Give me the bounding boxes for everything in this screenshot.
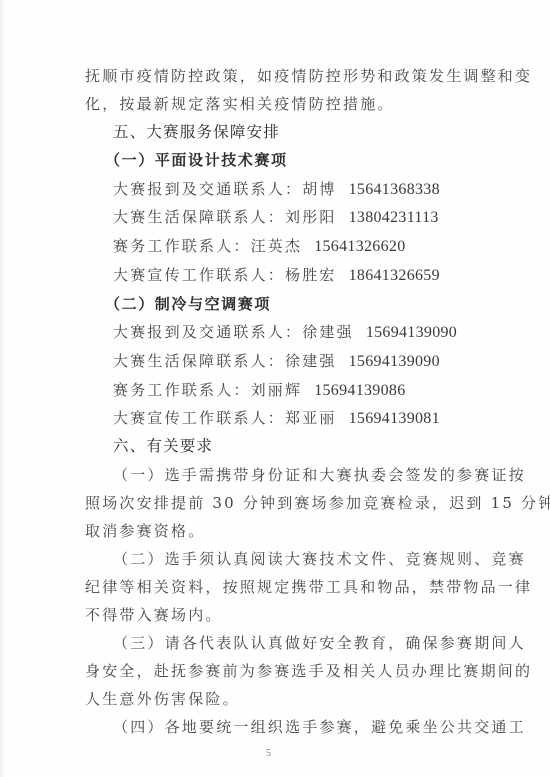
paragraph-line: （三）请各代表队认真做好安全教育，确保参赛期间人	[113, 633, 526, 653]
contact-row: 大赛报到及交通联系人：胡博15641368338	[113, 179, 440, 200]
document-page: 抚顺市疫情防控政策，如疫情防控形势和政策发生调整和变 化，按最新规定落实相关疫情…	[0, 0, 550, 777]
contact-row: 大赛生活保障联系人：刘彤阳13804231113	[113, 207, 439, 228]
contact-role: 大赛报到及交通联系人：徐建强	[113, 323, 354, 341]
paragraph-line: 抚顺市疫情防控政策，如疫情防控形势和政策发生调整和变	[85, 66, 532, 86]
contact-phone: 13804231113	[349, 209, 439, 226]
contact-role: 大赛生活保障联系人：徐建强	[113, 352, 337, 370]
contact-role: 大赛生活保障联系人：刘彤阳	[113, 208, 337, 226]
scan-edge	[0, 0, 3, 777]
contact-role: 大赛报到及交通联系人：胡博	[113, 180, 337, 198]
paragraph-line: 照场次安排提前 30 分钟到赛场参加竞赛检录，迟到 15 分钟	[85, 493, 550, 513]
contact-phone: 15694139090	[349, 353, 440, 370]
page-number: 5	[266, 748, 271, 759]
paragraph-line: （四）各地要统一组织选手参赛，避免乘坐公共交通工	[113, 717, 526, 737]
contact-phone: 15694139086	[314, 382, 405, 399]
contact-row: 赛务工作联系人：汪英杰15641326620	[113, 236, 406, 257]
contact-phone: 15641368338	[349, 181, 440, 198]
subsection-heading-2: （二）制冷与空调赛项	[105, 294, 271, 314]
subsection-heading-1: （一）平面设计技术赛项	[105, 150, 288, 170]
section-heading-5: 五、大赛服务保障安排	[113, 122, 280, 142]
paragraph-line: 取消参赛资格。	[85, 521, 205, 541]
contact-phone: 15694139081	[349, 410, 440, 427]
contact-row: 大赛生活保障联系人：徐建强15694139090	[113, 351, 440, 372]
paragraph-line: 纪律等相关资料，按照规定携带工具和物品，禁带物品一律	[85, 577, 532, 597]
contact-phone: 18641326659	[349, 267, 440, 284]
paragraph-line: （一）选手需携带身份证和大赛执委会签发的参赛证按	[113, 465, 526, 485]
contact-phone: 15694139090	[366, 324, 457, 341]
contact-row: 赛务工作联系人：刘丽辉15694139086	[113, 380, 406, 401]
contact-row: 大赛报到及交通联系人：徐建强15694139090	[113, 322, 457, 343]
section-heading-6: 六、有关要求	[113, 436, 213, 456]
paragraph-line: 人生意外伤害保险。	[85, 689, 240, 709]
paragraph-line: 身安全，赴抚参赛前为参赛选手及相关人员办理比赛期间的	[85, 661, 532, 681]
contact-role: 赛务工作联系人：汪英杰	[113, 237, 302, 255]
paragraph-line: （二）选手须认真阅读大赛技术文件、竞赛规则、竞赛	[113, 549, 526, 569]
contact-row: 大赛宣传工作联系人：杨胜宏18641326659	[113, 265, 440, 286]
contact-role: 赛务工作联系人：刘丽辉	[113, 381, 302, 399]
paragraph-line: 不得带入赛场内。	[85, 605, 223, 625]
contact-phone: 15641326620	[314, 238, 405, 255]
paragraph-line: 化，按最新规定落实相关疫情防控措施。	[85, 94, 395, 114]
contact-role: 大赛宣传工作联系人：郑亚丽	[113, 409, 337, 427]
contact-row: 大赛宣传工作联系人：郑亚丽15694139081	[113, 408, 440, 429]
contact-role: 大赛宣传工作联系人：杨胜宏	[113, 266, 337, 284]
